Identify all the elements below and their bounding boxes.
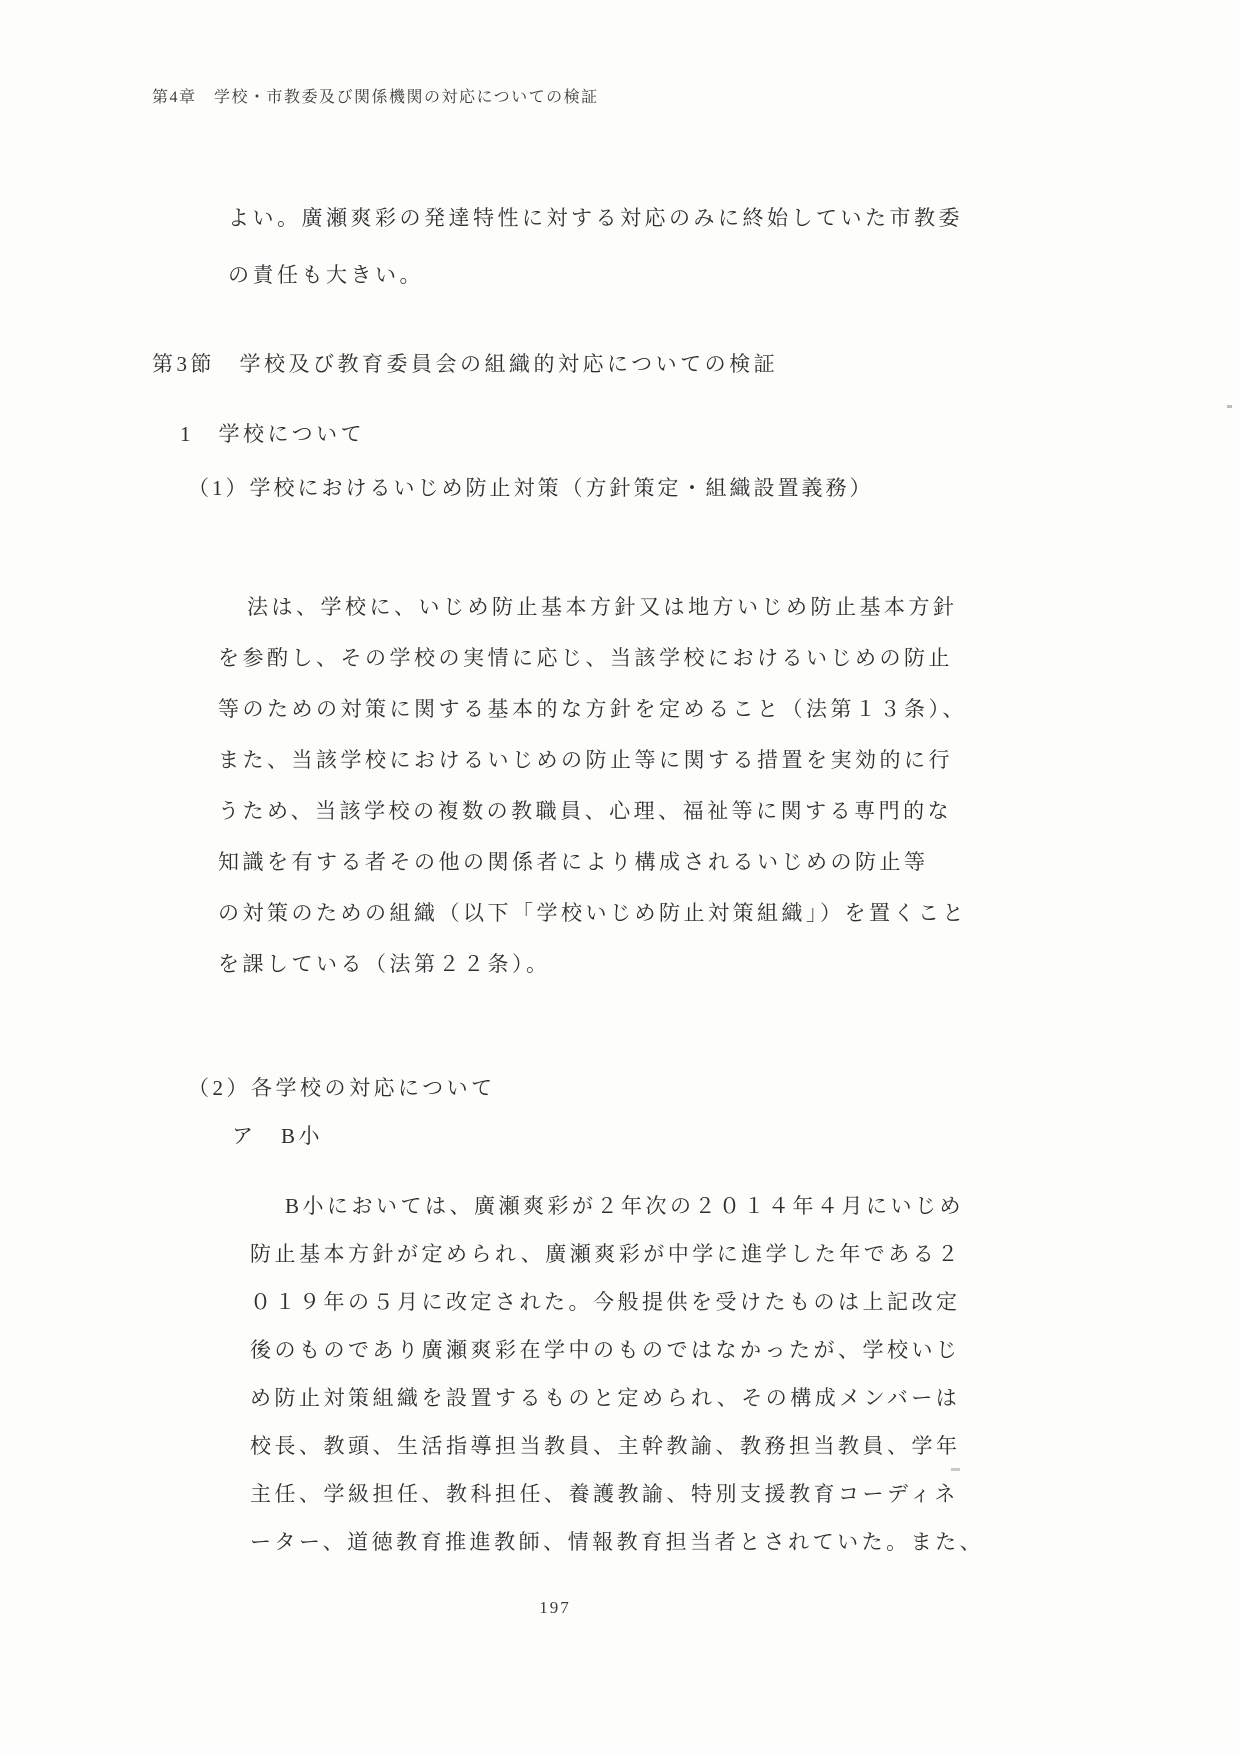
text-line: ーター、道徳教育推進教師、情報教育担当者とされていた。また、 bbox=[250, 1518, 984, 1566]
text-line: 後のものであり廣瀬爽彩在学中のものではなかったが、学校いじ bbox=[250, 1326, 984, 1374]
text-line: B小においては、廣瀬爽彩が２年次の２０１４年４月にいじめ bbox=[250, 1182, 984, 1230]
text-line: を参酌し、その学校の実情に応じ、当該学校におけるいじめの防止 bbox=[218, 633, 967, 684]
document-page: 第4章 学校・市教委及び関係機関の対応についての検証 よい。廣瀬爽彩の発達特性に… bbox=[0, 0, 1239, 1754]
school-b-heading: ア B小 bbox=[232, 1120, 323, 1150]
text-line: よい。廣瀬爽彩の発達特性に対する対応のみに終始していた市教委 bbox=[228, 190, 963, 247]
text-line: を課している（法第２２条）。 bbox=[218, 939, 967, 990]
text-line: 知識を有する者その他の関係者により構成されるいじめの防止等 bbox=[218, 837, 967, 888]
section3-heading: 第3節 学校及び教育委員会の組織的対応についての検証 bbox=[152, 348, 778, 378]
text-line: 校長、教頭、生活指導担当教員、主幹教諭、教務担当教員、学年 bbox=[250, 1422, 984, 1470]
text-line: 等のための対策に関する基本的な方針を定めること（法第１３条）、 bbox=[218, 684, 967, 735]
chapter-header: 第4章 学校・市教委及び関係機関の対応についての検証 bbox=[152, 84, 599, 107]
text-line: の責任も大きい。 bbox=[228, 247, 963, 304]
page-number: 197 bbox=[480, 1598, 630, 1618]
school-b-paragraph: B小においては、廣瀬爽彩が２年次の２０１４年４月にいじめ 防止基本方針が定められ… bbox=[250, 1182, 984, 1566]
scan-artifact-mark bbox=[1227, 405, 1232, 408]
law-paragraph: 法は、学校に、いじめ防止基本方針又は地方いじめ防止基本方針 を参酌し、その学校の… bbox=[218, 582, 967, 990]
text-line: め防止対策組織を設置するものと定められ、その構成メンバーは bbox=[250, 1374, 984, 1422]
text-line: 防止基本方針が定められ、廣瀬爽彩が中学に進学した年である２ bbox=[250, 1230, 984, 1278]
text-line: 主任、学級担任、教科担任、養護教諭、特別支援教育コーディネ bbox=[250, 1470, 984, 1518]
text-line: 法は、学校に、いじめ防止基本方針又は地方いじめ防止基本方針 bbox=[218, 582, 967, 633]
text-line: うため、当該学校の複数の教職員、心理、福祉等に関する専門的な bbox=[218, 786, 967, 837]
carryover-paragraph: よい。廣瀬爽彩の発達特性に対する対応のみに終始していた市教委 の責任も大きい。 bbox=[228, 190, 963, 304]
item1-school-heading: 1 学校について bbox=[180, 418, 365, 448]
text-line: ０１９年の５月に改定された。今般提供を受けたものは上記改定 bbox=[250, 1278, 984, 1326]
text-line: また、当該学校におけるいじめの防止等に関する措置を実効的に行 bbox=[218, 735, 967, 786]
sub-heading-each-school-response: （2）各学校の対応について bbox=[188, 1072, 496, 1102]
text-line: の対策のための組織（以下「学校いじめ防止対策組織」）を置くこと bbox=[218, 888, 967, 939]
sub-heading-bullying-prevention: （1）学校におけるいじめ防止対策（方針策定・組織設置義務） bbox=[188, 472, 874, 502]
scan-artifact-mark bbox=[951, 1468, 960, 1471]
